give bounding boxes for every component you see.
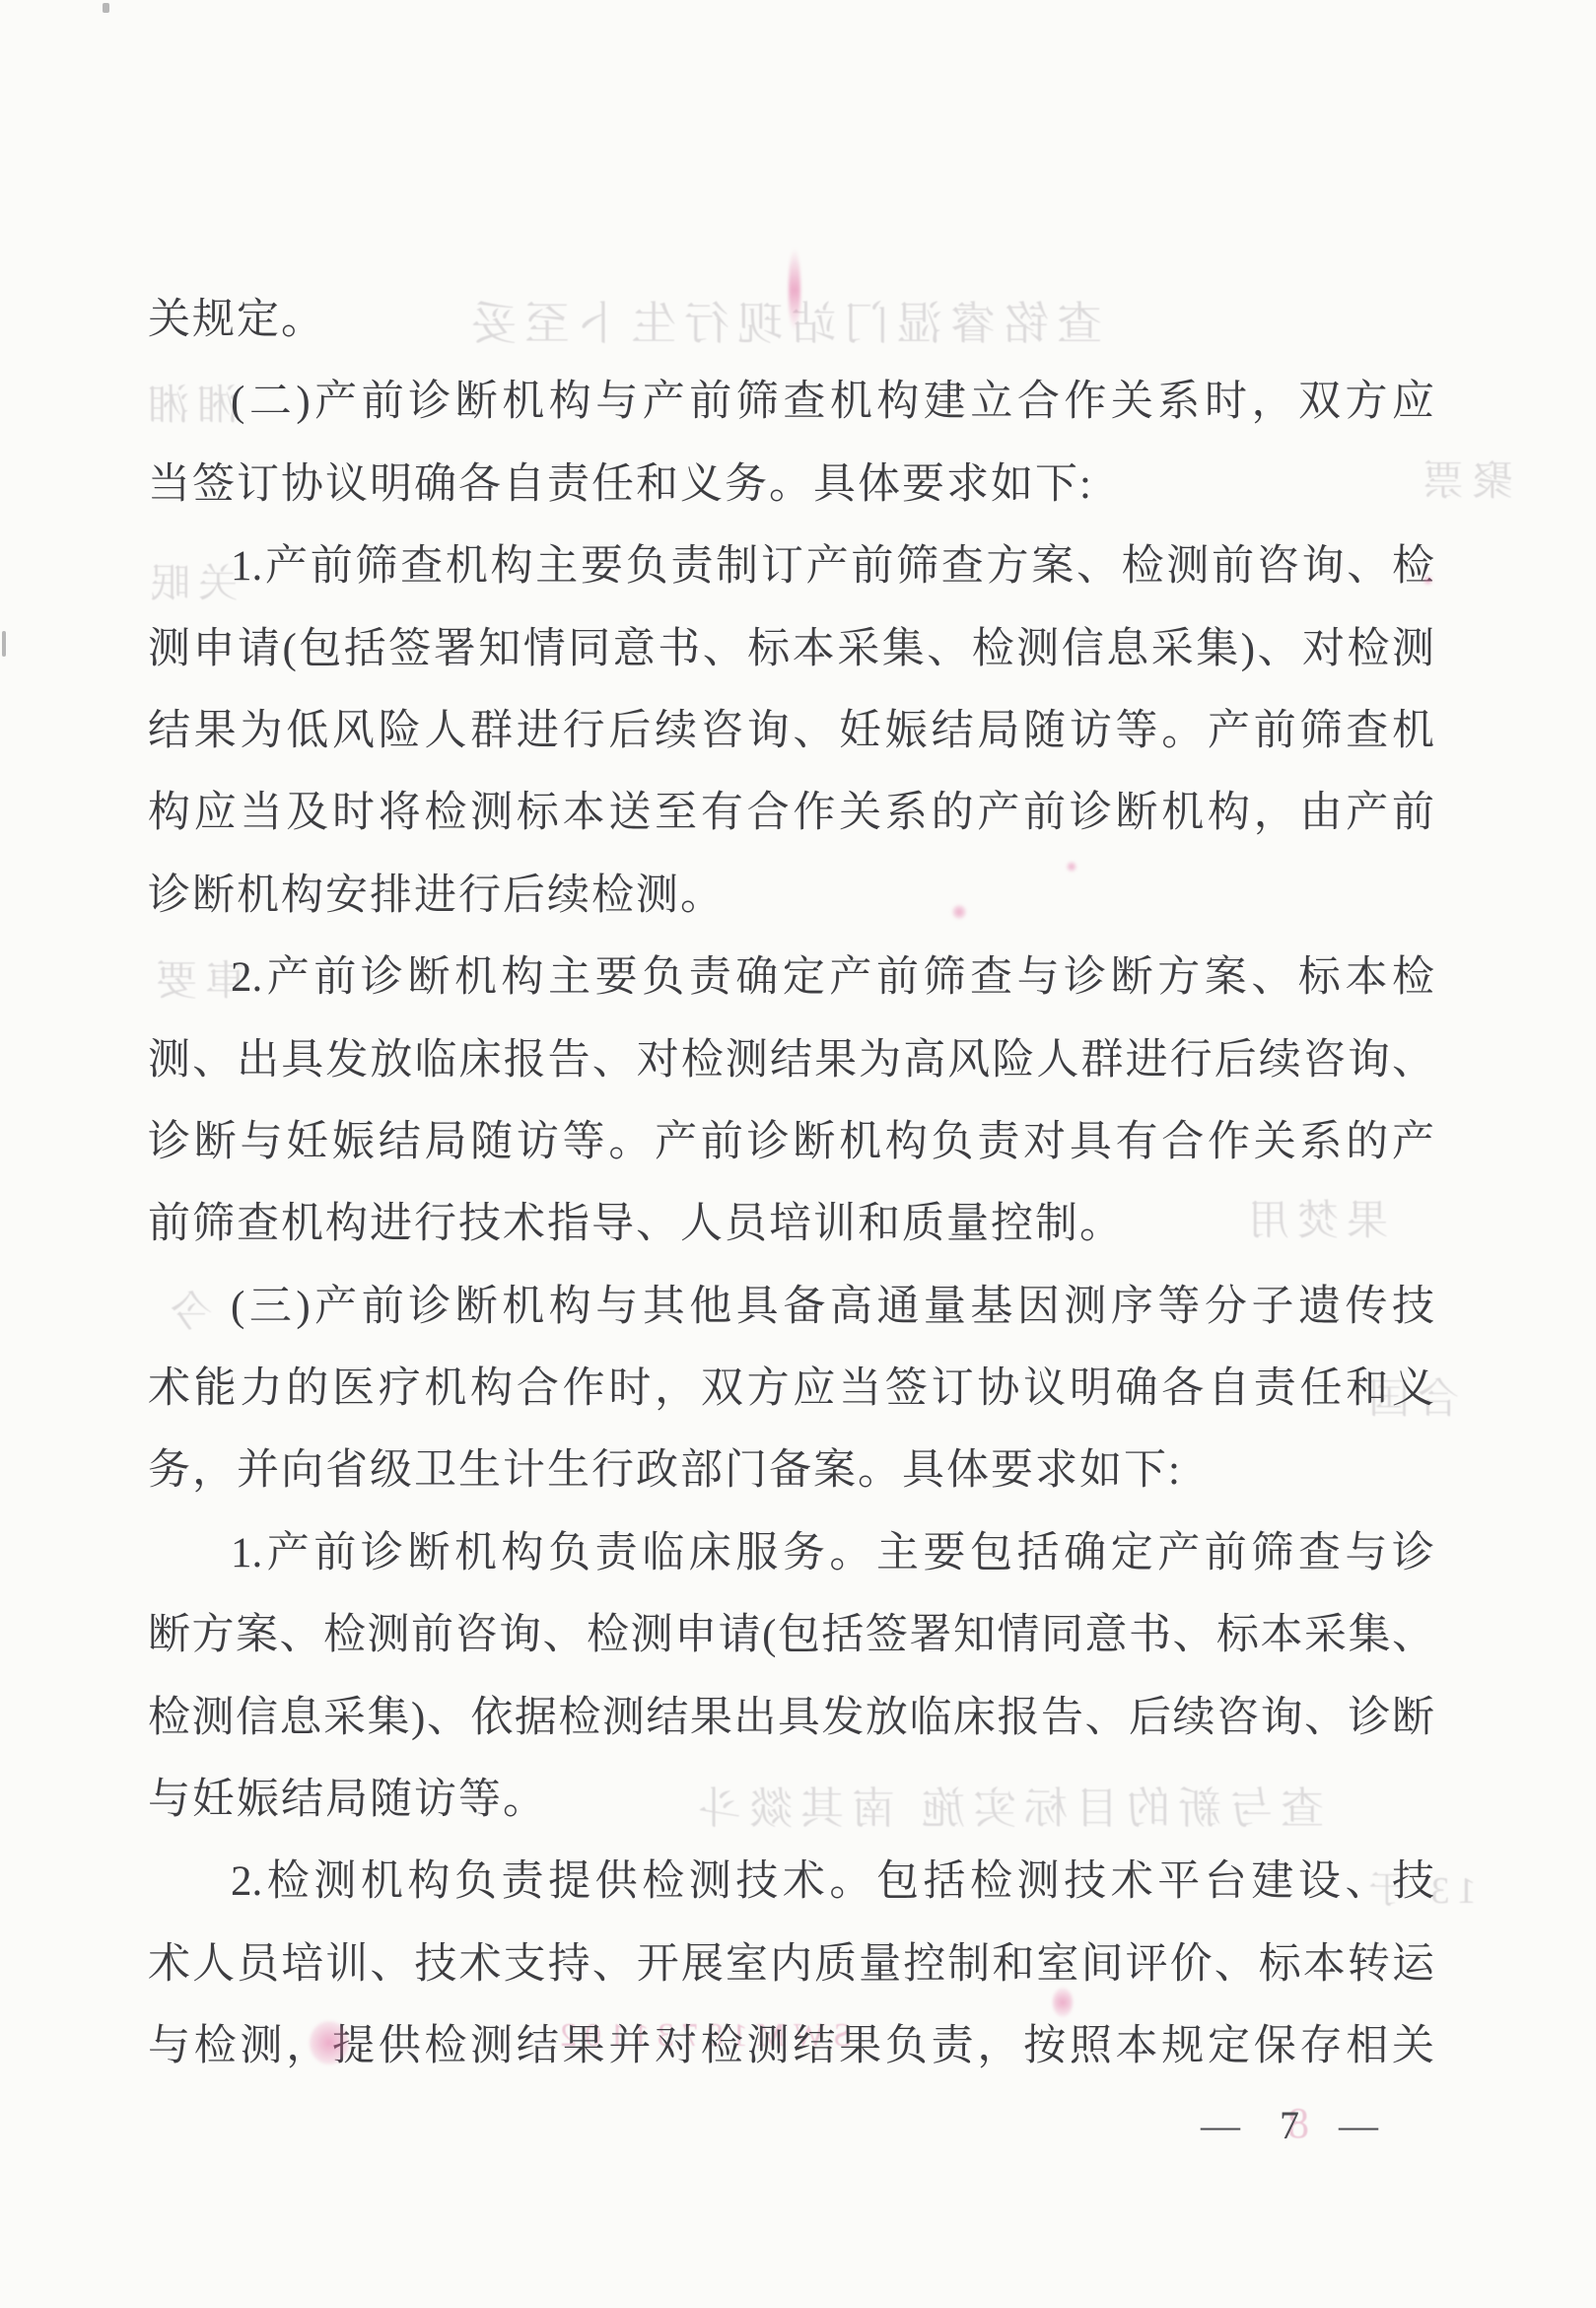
text-line: (三)产前诊断机构与其他具备高通量基因测序等分子遗传技 (148, 1266, 1434, 1348)
text-line: 诊断与妊娠结局随访等。产前诊断机构负责对具有合作关系的产 (148, 1101, 1434, 1183)
text-line: 测、出具发放临床报告、对检测结果为高风险人群进行后续咨询、 (148, 1019, 1434, 1101)
text-line: 诊断机构安排进行后续检测。 (148, 855, 1434, 937)
text-line: 当签订协议明确各自责任和义务。具体要求如下: (148, 444, 1434, 525)
text-line: 术能力的医疗机构合作时，双方应当签订协议明确各自责任和义 (148, 1348, 1434, 1430)
text-line: 构应当及时将检测标本送至有合作关系的产前诊断机构，由产前 (148, 772, 1434, 854)
text-line: 2.产前诊断机构主要负责确定产前筛查与诊断方案、标本检 (148, 937, 1434, 1018)
text-line: 测申请(包括签署知情同意书、标本采集、检测信息采集)、对检测 (148, 608, 1434, 690)
text-line: (二)产前诊断机构与产前筛查机构建立合作关系时，双方应 (148, 361, 1434, 443)
text-line: 关规定。 (148, 279, 1434, 361)
scan-speck (2, 631, 6, 657)
scan-speck (103, 3, 109, 13)
page-number: — 7 — (1139, 2096, 1444, 2155)
text-line: 术人员培训、技术支持、开展室内质量控制和室间评价、标本转运 (148, 1923, 1434, 2005)
text-line: 与妊娠结局随访等。 (148, 1759, 1434, 1841)
document-body-text: 关规定。(二)产前诊断机构与产前筛查机构建立合作关系时，双方应当签订协议明确各自… (148, 279, 1434, 2088)
scanned-document-page: 查铭睿湿门站现行生卜至妥湘湘聚票关眠車要果焚用今合国查与新的目标实施 南其燚斗1… (0, 0, 1596, 2308)
text-line: 结果为低风险人群进行后续咨询、妊娠结局随访等。产前筛查机 (148, 690, 1434, 772)
text-line: 检测信息采集)、依据检测结果出具发放临床报告、后续咨询、诊断 (148, 1677, 1434, 1759)
text-line: 前筛查机构进行技术指导、人员培训和质量控制。 (148, 1183, 1434, 1265)
text-line: 务，并向省级卫生计生行政部门备案。具体要求如下: (148, 1430, 1434, 1511)
text-line: 1.产前筛查机构主要负责制订产前筛查方案、检测前咨询、检 (148, 525, 1434, 607)
text-line: 1.产前诊断机构负责临床服务。主要包括确定产前筛查与诊 (148, 1512, 1434, 1594)
text-line: 断方案、检测前咨询、检测申请(包括签署知情同意书、标本采集、 (148, 1594, 1434, 1676)
text-line: 与检测，提供检测结果并对检测结果负责，按照本规定保存相关 (148, 2005, 1434, 2087)
text-line: 2.检测机构负责提供检测技术。包括检测技术平台建设、技 (148, 1841, 1434, 1923)
